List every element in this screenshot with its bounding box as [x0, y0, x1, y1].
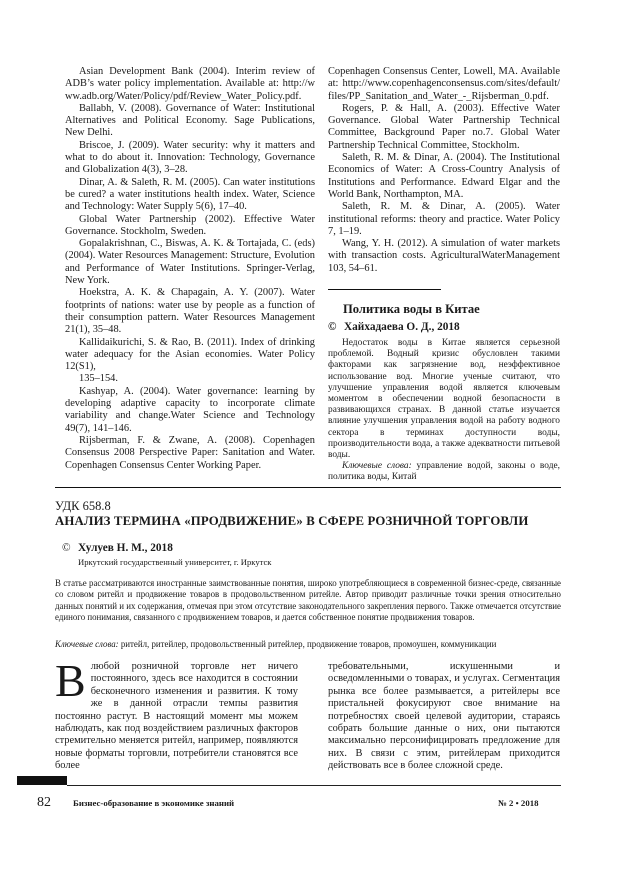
- reference-item: Asian Development Bank (2004). Interim r…: [65, 66, 315, 103]
- section-divider-short: [328, 289, 441, 290]
- author-name: Хулуев Н. М., 2018: [78, 542, 173, 554]
- section-divider: [55, 487, 561, 488]
- author-name: Хайхадаева О. Д., 2018: [344, 321, 460, 333]
- body-text: любой розничной торговле нет ничего пост…: [55, 661, 298, 771]
- footer-rule: [67, 785, 561, 786]
- reference-item: Saleth, R. M. & Dinar, A. (2005). Water …: [328, 201, 560, 238]
- reference-item: Rogers, P. & Hall, A. (2003). Effective …: [328, 103, 560, 152]
- reference-item: Dinar, A. & Saleth, R. M. (2005). Can wa…: [65, 177, 315, 214]
- reference-item: Copenhagen Consensus Center, Lowell, MA.…: [328, 66, 560, 103]
- page-number: 82: [37, 795, 51, 811]
- reference-item: Kallidaikurichi, S. & Rao, B. (2011). In…: [65, 337, 315, 374]
- references-right-column: Copenhagen Consensus Center, Lowell, MA.…: [328, 66, 560, 275]
- china-article-author: ©Хайхадаева О. Д., 2018: [328, 321, 460, 333]
- copyright-icon: ©: [328, 321, 344, 333]
- reference-item: Rijsberman, F. & Zwane, A. (2008). Copen…: [65, 435, 315, 472]
- abstract-text: Недостаток воды в Китае является серьезн…: [328, 338, 560, 461]
- keywords-label: Ключевые слова:: [55, 639, 119, 649]
- article-keywords: Ключевые слова: ритейл, ритейлер, продов…: [55, 639, 561, 649]
- reference-continuation: 135–154.: [65, 373, 315, 385]
- references-left-column: Asian Development Bank (2004). Interim r…: [65, 66, 315, 472]
- reference-item: Wang, Y. H. (2012). A simulation of wate…: [328, 238, 560, 275]
- reference-item: Briscoe, J. (2009). Water security: why …: [65, 140, 315, 177]
- body-text: требовательными, искушенными и осведомле…: [328, 661, 560, 771]
- abstract-text: В статье рассматриваются иностранные заи…: [55, 578, 561, 623]
- drop-cap: В: [55, 663, 86, 699]
- keywords-label: Ключевые слова:: [342, 461, 412, 471]
- reference-item: Kashyap, A. (2004). Water governance: le…: [65, 386, 315, 435]
- footer-accent-bar: [17, 776, 67, 785]
- reference-link[interactable]: http://www.copenhagenconsensus.com/sites…: [328, 78, 560, 101]
- article-body-right-column: требовательными, искушенными и осведомле…: [328, 661, 560, 773]
- journal-name: Бизнес-образование в экономике знаний: [73, 798, 234, 808]
- issue-number: № 2 • 2018: [498, 798, 539, 808]
- copyright-icon: ©: [62, 542, 78, 554]
- china-article-abstract: Недостаток воды в Китае является серьезн…: [328, 338, 560, 484]
- reference-item: Saleth, R. M. & Dinar, A. (2004). The In…: [328, 152, 560, 201]
- article-body-left-column: Влюбой розничной торговле нет ничего пос…: [55, 661, 298, 773]
- article-title: АНАЛИЗ ТЕРМИНА «ПРОДВИЖЕНИЕ» В СФЕРЕ РОЗ…: [55, 514, 528, 529]
- keywords: Ключевые слова: управление водой, законы…: [328, 461, 560, 483]
- keywords-text: ритейл, ритейлер, продовольственный рите…: [119, 639, 497, 649]
- reference-item: Hoekstra, A. K. & Chapagain, A. Y. (2007…: [65, 287, 315, 336]
- udk-code: УДК 658.8: [55, 499, 111, 514]
- china-article-title: Политика воды в Китае: [343, 302, 480, 317]
- reference-item: Gopalakrishnan, C., Biswas, A. K. & Tort…: [65, 238, 315, 287]
- article-abstract: В статье рассматриваются иностранные заи…: [55, 578, 561, 623]
- article-author: ©Хулуев Н. М., 2018: [62, 542, 173, 554]
- reference-item: Ballabh, V. (2008). Governance of Water:…: [65, 103, 315, 140]
- author-affiliation: Иркутский государственный университет, г…: [78, 557, 271, 567]
- reference-item: Global Water Partnership (2002). Effecti…: [65, 214, 315, 239]
